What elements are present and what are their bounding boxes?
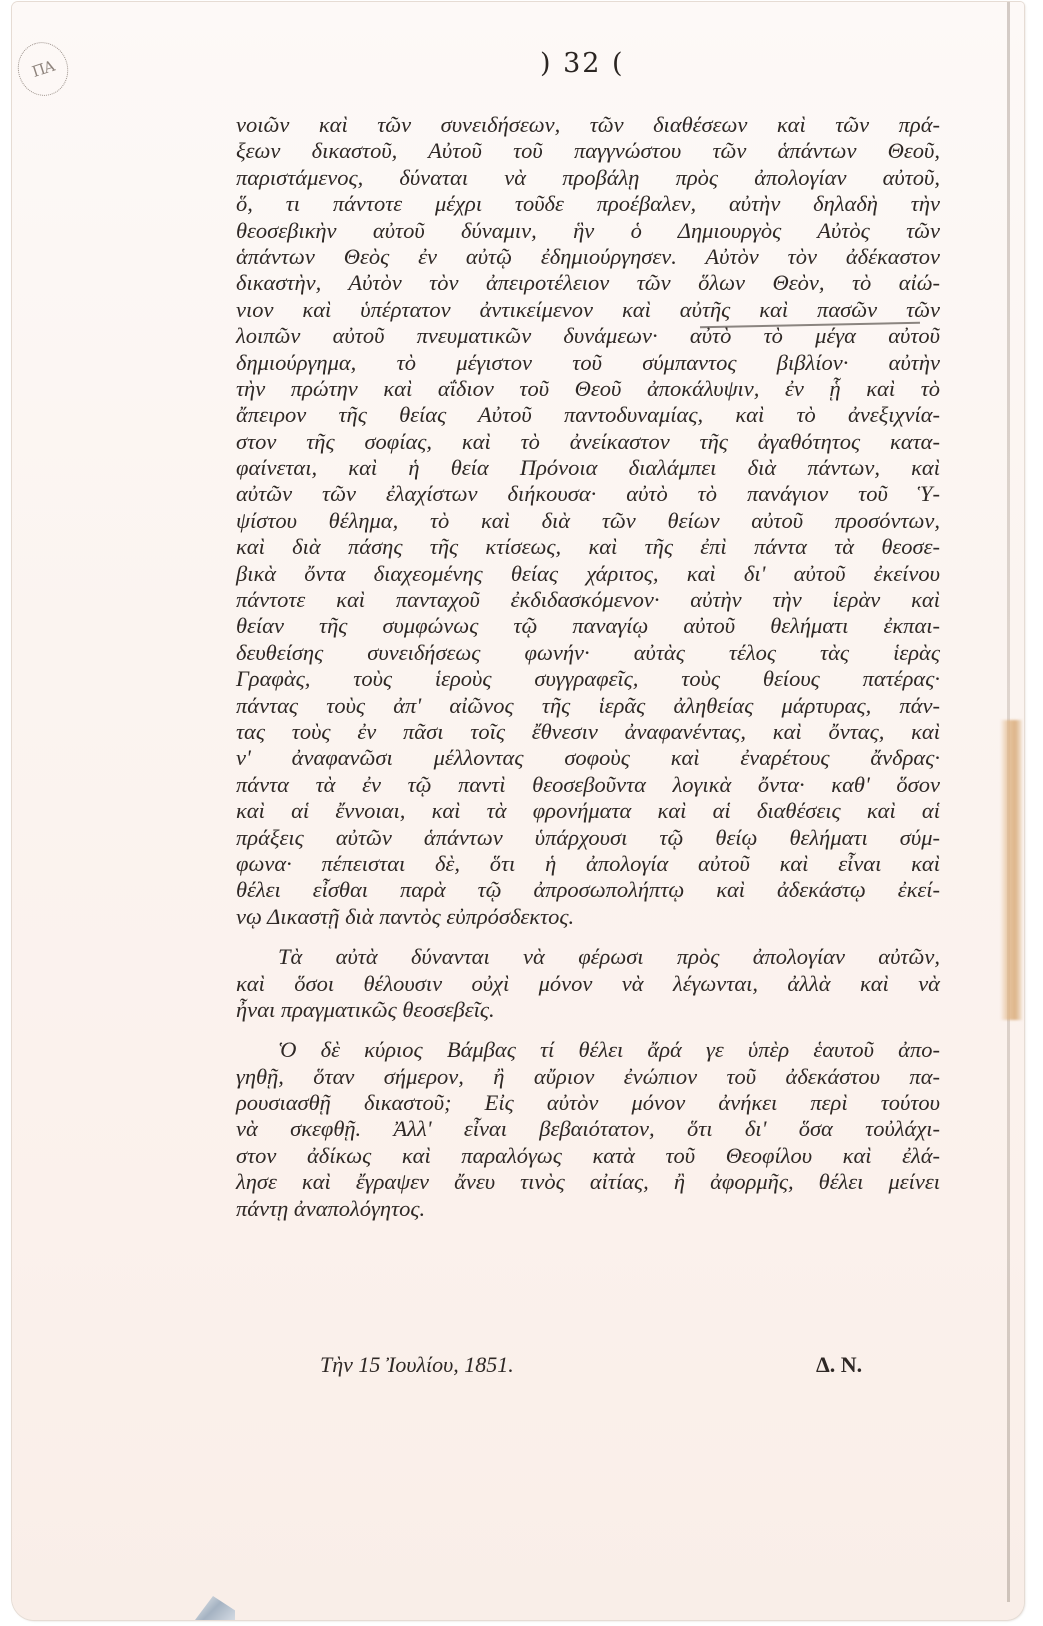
date-line: Τὴν 15 Ἰουλίου, 1851. [320,1352,514,1378]
text-line: καὶ ὅσοι θέλουσιν οὐχὶ μόνον νὰ λέγωνται… [236,971,940,997]
text-line: καὶ διὰ πάσης τῆς κτίσεως, καὶ τῆς ἐπὶ π… [236,534,940,560]
text-line: λοιπῶν αὐτοῦ πνευματικῶν δυνάμεων· αὐτὸ … [236,323,940,349]
text-line: πάντας τοὺς ἀπ' αἰῶνος τῆς ἱερᾶς ἀληθεία… [236,693,940,719]
page-number: ) 32 ( [540,48,625,79]
text-line: δευθείσης συνειδήσεως φωνήν· αὐτὰς τέλος… [236,640,940,666]
text-line: δημιούργημα, τὸ μέγιστον τοῦ σύμπαντος β… [236,350,940,376]
text-line: ἁπάντων Θεὸς ἐν αὐτῷ ἐδημιούργησεν. Αὐτὸ… [236,244,940,270]
text-line: Ὁ δὲ κύριος Βάμβας τί θέλει ἄρά γε ὑπὲρ … [236,1037,940,1063]
text-line: πάντοτε καὶ πανταχοῦ ἐκδιδασκόμενον· αὐτ… [236,587,940,613]
text-line: δικαστὴν, Αὐτὸν τὸν ἀπειροτέλειον τῶν ὅλ… [236,270,940,296]
water-stain [1000,720,1022,1020]
text-line: ρουσιασθῇ δικαστοῦ; Εἰς αὐτὸν μόνον ἀνήκ… [236,1090,940,1116]
text-line: στον ἀδίκως καὶ παραλόγως κατὰ τοῦ Θεοφί… [236,1143,940,1169]
text-line: τὴν πρώτην καὶ αΐδιον τοῦ Θεοῦ ἀποκάλυψι… [236,376,940,402]
text-line: τας τοὺς ἐν πᾶσι τοῖς ἔθνεσιν ἀναφανέντα… [236,719,940,745]
text-line: φωνα· πέπεισται δὲ, ὅτι ἡ ἀπολογία αὐτοῦ… [236,851,940,877]
text-line: στον τῆς σοφίας, καὶ τὸ ἀνείκαστον τῆς ἀ… [236,429,940,455]
text-line: παριστάμενος, δύναται νὰ προβάλῃ πρὸς ἀπ… [236,165,940,191]
text-line: Τὰ αὐτὰ δύνανται νὰ φέρωσι πρὸς ἀπολογία… [236,944,940,970]
text-line: θεοσεβικὴν αὐτοῦ δύναμιν, ἣν ὁ Δημιουργὸ… [236,218,940,244]
text-line: θείαν τῆς συμφώνως τῷ παναγίῳ αὐτοῦ θελή… [236,613,940,639]
paragraph: Τὰ αὐτὰ δύνανται νὰ φέρωσι πρὸς ἀπολογία… [236,944,940,1023]
text-line: ἄπειρον τῆς θείας Αὐτοῦ παντοδυναμίας, κ… [236,402,940,428]
text-line: νῳ Δικαστῇ διὰ παντὸς εὐπρόσδεκτος. [236,904,940,930]
paragraph-gap [236,1023,940,1037]
text-line: πάντῃ ἀναπολόγητος. [236,1196,940,1222]
stamp-text: ΠΑ [30,57,56,81]
text-line: καὶ αἱ ἔννοιαι, καὶ τὰ φρονήματα καὶ αἱ … [236,798,940,824]
text-line: πάντα τὰ ἐν τῷ παντὶ θεοσεβοῦντα λογικὰ … [236,772,940,798]
text-line: πράξεις αὐτῶν ἁπάντων ὑπάρχουσι τῷ θείῳ … [236,825,940,851]
text-line: νιον καὶ ὑπέρτατον ἀντικείμενον καὶ αὐτῆ… [236,297,940,323]
text-line: γηθῇ, ὅταν σήμερον, ἢ αὔριον ἐνώπιον τοῦ… [236,1064,940,1090]
paragraph-gap [236,930,940,944]
paragraph: Ὁ δὲ κύριος Βάμβας τί θέλει ἄρά γε ὑπὲρ … [236,1037,940,1222]
text-line: λησε καὶ ἔγραψεν ἄνευ τινὸς αἰτίας, ἢ ἀφ… [236,1169,940,1195]
text-line: νοιῶν καὶ τῶν συνειδήσεων, τῶν διαθέσεων… [236,112,940,138]
text-line: φαίνεται, καὶ ἡ θεία Πρόνοια διαλάμπει δ… [236,455,940,481]
document-body: νοιῶν καὶ τῶν συνειδήσεων, τῶν διαθέσεων… [236,112,940,1222]
text-line: αὐτῶν τῶν ἐλαχίστων διήκουσα· αὐτὸ τὸ πα… [236,481,940,507]
text-line: ἦναι πραγματικῶς θεοσεβεῖς. [236,997,940,1023]
text-line: ψίστου θέλημα, τὸ καὶ διὰ τῶν θείων αὐτο… [236,508,940,534]
text-line: ὅ, τι πάντοτε μέχρι τοῦδε προέβαλεν, αὐτ… [236,191,940,217]
signature: Δ. Ν. [816,1352,862,1378]
text-line: ξεων δικαστοῦ, Αὐτοῦ τοῦ παγγνώστου τῶν … [236,138,940,164]
text-line: θέλει εἶσθαι παρὰ τῷ ἀπροσωπολήπτῳ καὶ ἀ… [236,877,940,903]
text-line: ν' ἀναφανῶσι μέλλοντας σοφοὺς καὶ ἐναρέτ… [236,745,940,771]
text-line: νὰ σκεφθῇ. Ἀλλ' εἶναι βεβαιότατον, ὅτι δ… [236,1116,940,1142]
text-line: Γραφὰς, τοὺς ἱεροὺς συγγραφεῖς, τοὺς θεί… [236,666,940,692]
paragraph: νοιῶν καὶ τῶν συνειδήσεων, τῶν διαθέσεων… [236,112,940,930]
text-line: βικὰ ὄντα διαχεομένης θείας χάριτος, καὶ… [236,561,940,587]
